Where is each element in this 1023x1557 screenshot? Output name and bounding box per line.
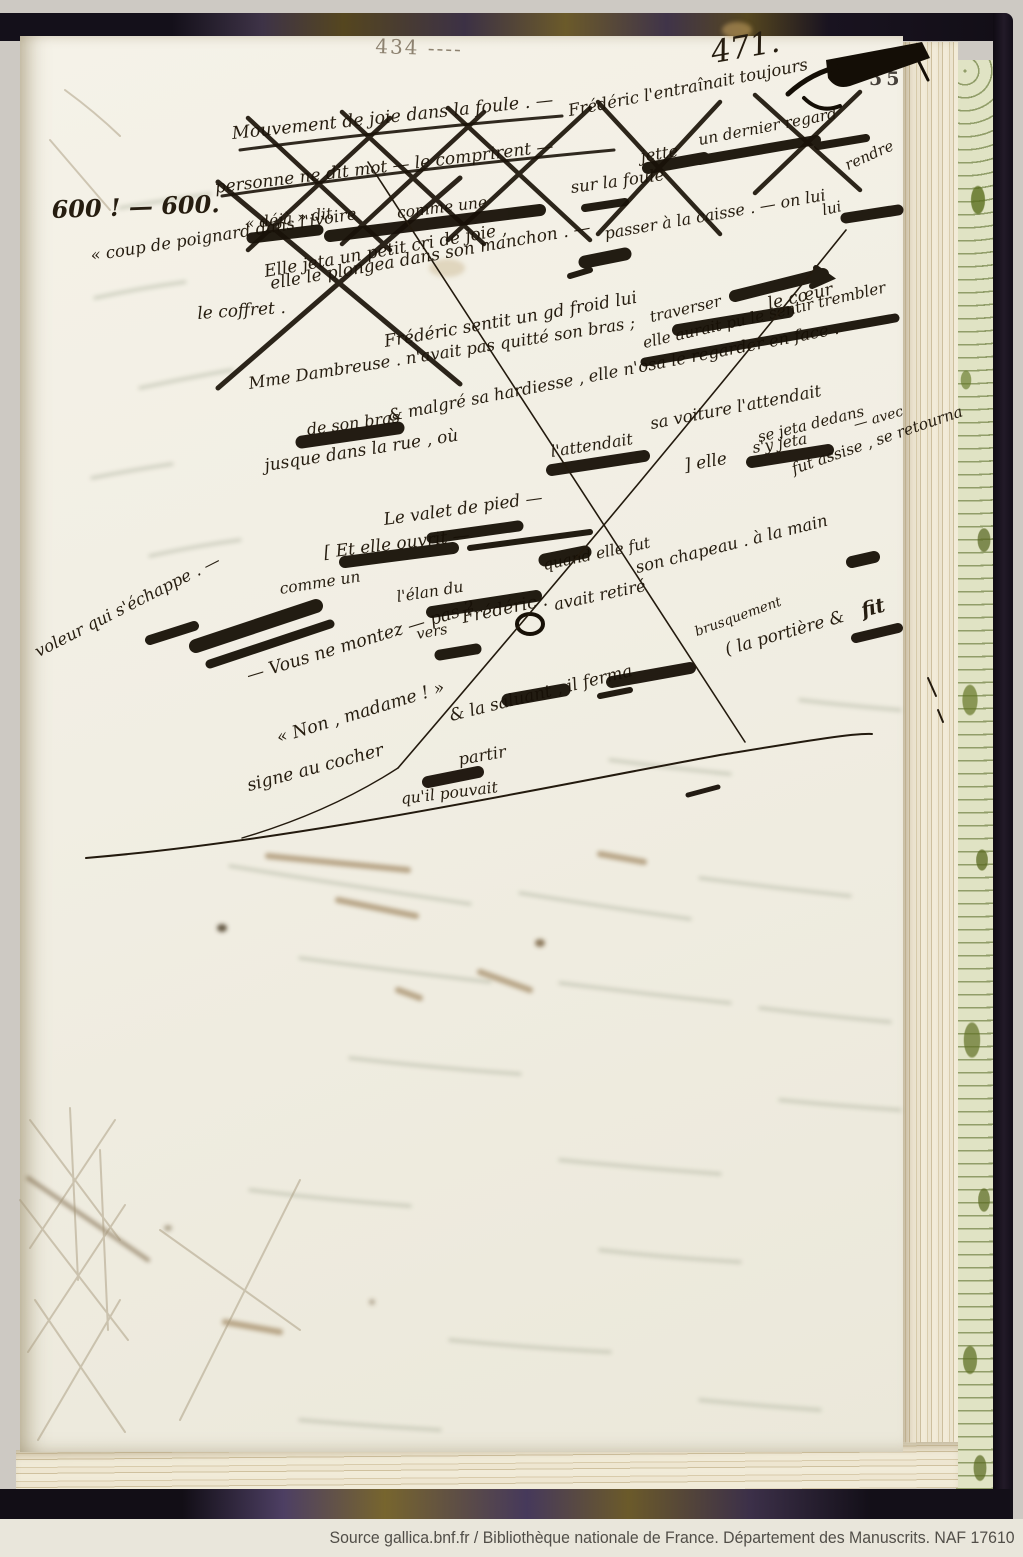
marbled-endpaper xyxy=(956,60,996,1492)
source-attribution: Source gallica.bnf.fr / Bibliothèque nat… xyxy=(330,1529,1015,1548)
handwriting-line: fit xyxy=(859,595,887,620)
manuscript-scan: 434 ---- 471. 55 Mouvement de joie dans … xyxy=(0,0,1023,1557)
gallica-caption-bar: Source gallica.bnf.fr / Bibliothèque nat… xyxy=(0,1519,1023,1557)
handwriting-line: 600 ! — 600. xyxy=(51,192,220,222)
book-binding-bottom xyxy=(0,1489,1013,1519)
book-binding-right xyxy=(993,13,1013,1519)
folio-number: 55 xyxy=(869,70,903,89)
pencil-page-number: 434 ---- xyxy=(375,36,463,59)
page-edges-right xyxy=(903,42,958,1462)
